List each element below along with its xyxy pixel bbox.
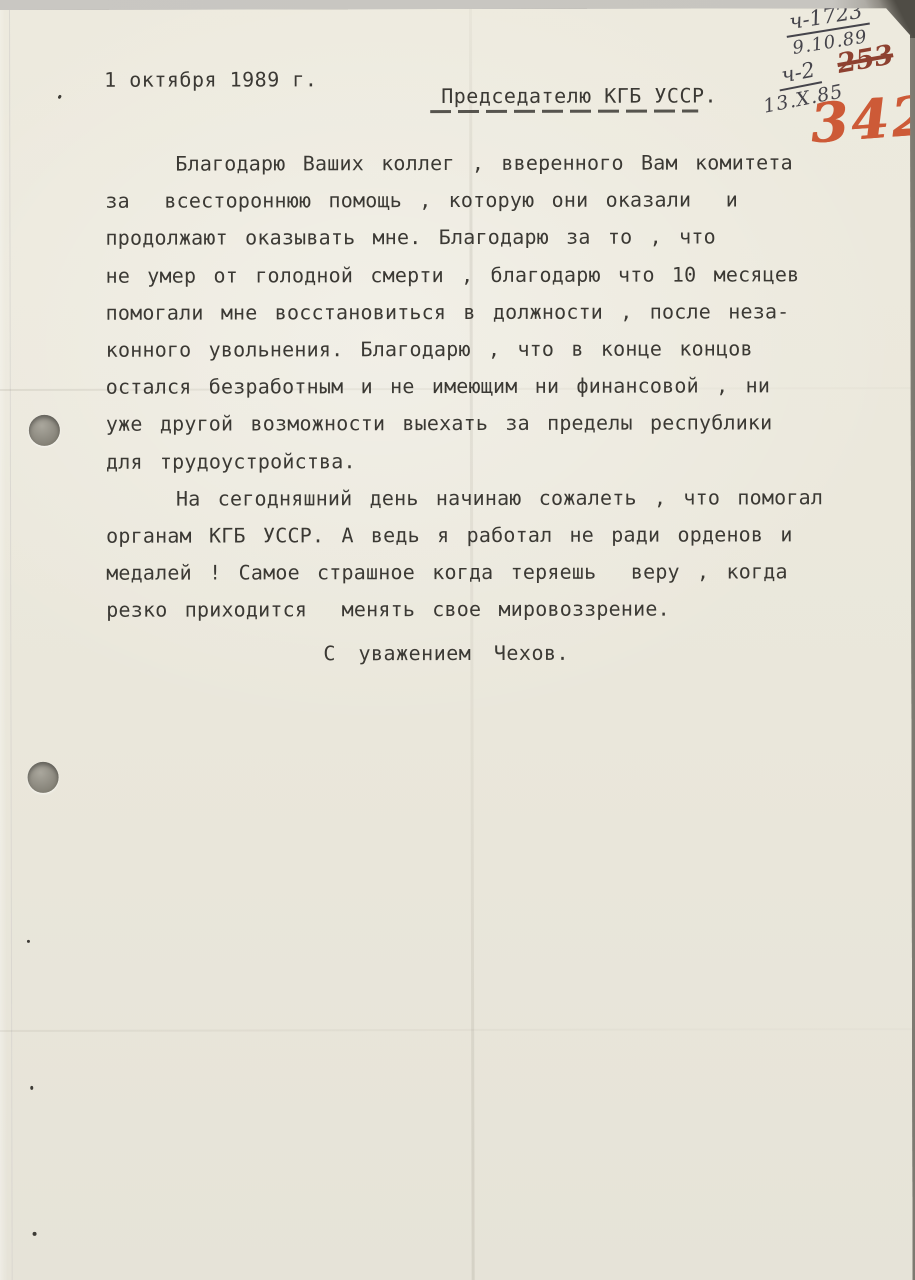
punch-hole-top xyxy=(29,415,60,446)
typed-body: Благодарю Ваших коллег , вверенного Вам … xyxy=(105,144,816,629)
typed-line: остался безработным и не имеющим ни фина… xyxy=(106,367,816,406)
ink-speck xyxy=(33,1232,37,1236)
typed-line: На сегодняшний день начинаю сожалеть , ч… xyxy=(106,479,816,518)
punch-hole-bottom xyxy=(28,762,59,793)
letter-recipient: Председателю КГБ УССР. xyxy=(441,83,717,108)
typed-line: Благодарю Ваших коллег , вверенного Вам … xyxy=(105,144,815,183)
typed-line: за всестороннюю помощь , которую они ока… xyxy=(105,181,815,220)
typed-line: резко приходится менять свое мировоззрен… xyxy=(106,591,816,630)
recipient-underline xyxy=(430,110,698,114)
ink-speck xyxy=(27,940,30,943)
typed-line: уже другой возможности выехать за предел… xyxy=(106,405,816,444)
paper-left-edge-highlight xyxy=(0,10,13,1280)
horizontal-fold-crease xyxy=(0,1028,912,1032)
ink-speck xyxy=(30,1086,33,1090)
typed-line: не умер от голодной смерти , благодарю ч… xyxy=(106,256,816,295)
handwritten-page-number: 342 xyxy=(808,88,915,151)
scanned-letter-page: { "document": { "date": "1 октября 1989 … xyxy=(0,0,915,1280)
typed-line: органам КГБ УССР. А ведь я работал не ра… xyxy=(106,516,816,555)
letter-date: 1 октября 1989 г. xyxy=(104,67,317,91)
typed-line: для трудоустройства. xyxy=(106,442,816,481)
letter-signature: С уважением Чехов. xyxy=(323,641,569,666)
typed-line: помогали мне восстановиться в должности … xyxy=(106,293,816,332)
ink-speck xyxy=(57,94,62,99)
typed-line: конного увольнения. Благодарю , что в ко… xyxy=(106,330,816,369)
paper-sheet: 1 октября 1989 г. Председателю КГБ УССР.… xyxy=(0,8,913,1280)
typed-line: медалей ! Самое страшное когда теряешь в… xyxy=(106,553,816,592)
typed-line: продолжают оказывать мне. Благодарю за т… xyxy=(105,219,815,258)
